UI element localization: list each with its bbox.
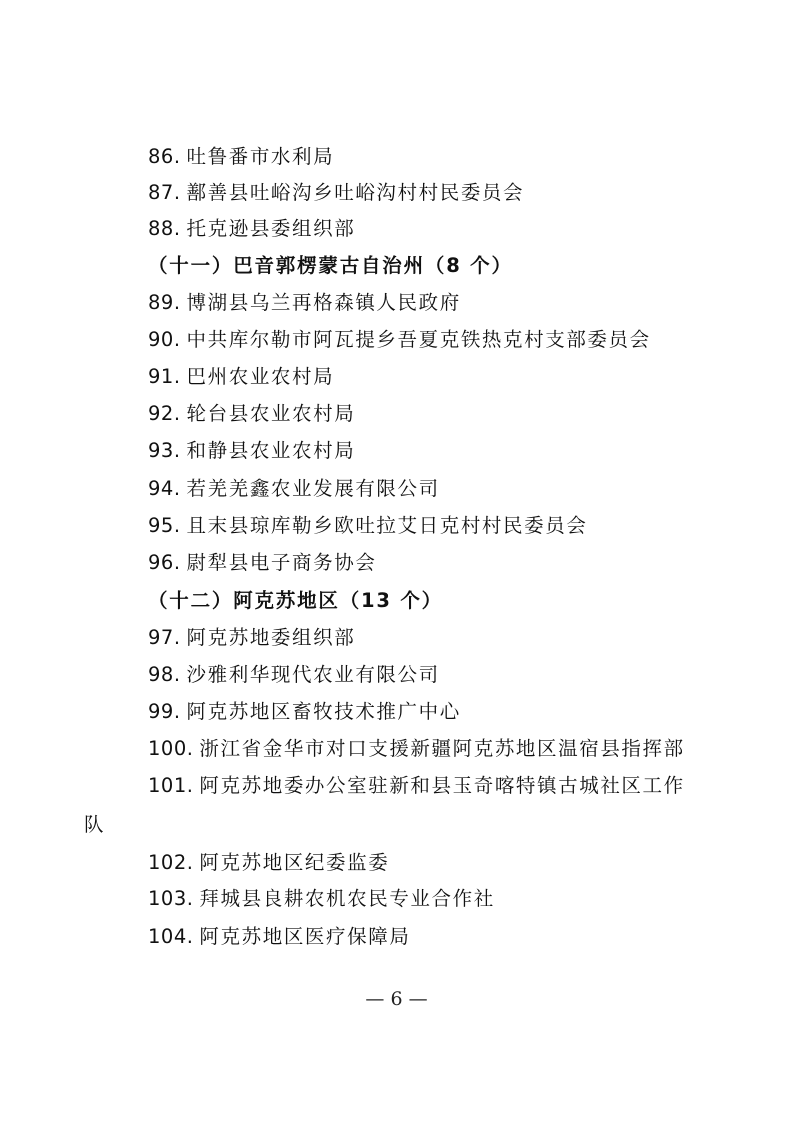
- list-item: 101.阿克苏地委办公室驻新和县玉奇喀特镇古城社区工作: [148, 774, 685, 798]
- list-item-continuation: 队: [84, 813, 105, 837]
- list-item-number: 98.: [148, 663, 181, 686]
- list-item-number: 89.: [148, 291, 181, 314]
- list-item-text: 博湖县乌兰再格森镇人民政府: [187, 291, 461, 314]
- list-item-text: 阿克苏地区纪委监委: [199, 851, 389, 874]
- list-item-text: 阿克苏地区医疗保障局: [199, 925, 410, 948]
- list-item-text: 轮台县农业农村局: [187, 402, 356, 425]
- list-item-text: 鄯善县吐峪沟乡吐峪沟村村民委员会: [187, 181, 525, 204]
- list-item-number: 87.: [148, 181, 181, 204]
- list-item-number: 97.: [148, 626, 181, 649]
- list-item-text: 若羌羌鑫农业发展有限公司: [187, 477, 440, 500]
- list-item-number: 91.: [148, 365, 181, 388]
- list-item-number: 101.: [148, 774, 193, 797]
- list-item: 104.阿克苏地区医疗保障局: [148, 925, 410, 949]
- list-item-number: 95.: [148, 514, 181, 537]
- document-page: 86.吐鲁番市水利局87.鄯善县吐峪沟乡吐峪沟村村民委员会88.托克逊县委组织部…: [0, 0, 793, 1121]
- list-item-number: 86.: [148, 145, 181, 168]
- list-item: 91.巴州农业农村局: [148, 365, 334, 389]
- list-item: 89.博湖县乌兰再格森镇人民政府: [148, 291, 461, 315]
- list-item: 90.中共库尔勒市阿瓦提乡吾夏克铁热克村支部委员会: [148, 328, 651, 352]
- list-item-text: 和静县农业农村局: [187, 439, 356, 462]
- list-item-text: 尉犁县电子商务协会: [187, 551, 377, 574]
- list-item-number: 100.: [148, 737, 193, 760]
- list-item-text: 吐鲁番市水利局: [187, 145, 335, 168]
- list-item: 95.且末县琼库勒乡欧吐拉艾日克村村民委员会: [148, 514, 587, 538]
- list-item-text: 拜城县良耕农机农民专业合作社: [199, 887, 494, 910]
- list-item-number: 104.: [148, 925, 193, 948]
- list-item: 86.吐鲁番市水利局: [148, 145, 334, 169]
- section-heading: （十一）巴音郭楞蒙古自治州（8 个）: [148, 254, 513, 278]
- list-item: 103.拜城县良耕农机农民专业合作社: [148, 887, 495, 911]
- list-item-number: 92.: [148, 402, 181, 425]
- list-item: 94.若羌羌鑫农业发展有限公司: [148, 477, 440, 501]
- section-heading: （十二）阿克苏地区（13 个）: [148, 589, 443, 613]
- list-item-text: 托克逊县委组织部: [187, 217, 356, 240]
- list-item: 97.阿克苏地委组织部: [148, 626, 355, 650]
- list-item-text: 阿克苏地区畜牧技术推广中心: [187, 700, 461, 723]
- list-item: 88.托克逊县委组织部: [148, 217, 355, 241]
- list-item-number: 94.: [148, 477, 181, 500]
- list-item-number: 96.: [148, 551, 181, 574]
- list-item: 96.尉犁县电子商务协会: [148, 551, 376, 575]
- list-item-number: 93.: [148, 439, 181, 462]
- list-item-text: 浙江省金华市对口支援新疆阿克苏地区温宿县指挥部: [199, 737, 684, 760]
- list-item-text: 阿克苏地委办公室驻新和县玉奇喀特镇古城社区工作: [199, 774, 684, 797]
- list-item-number: 99.: [148, 700, 181, 723]
- list-item-text: 且末县琼库勒乡欧吐拉艾日克村村民委员会: [187, 514, 588, 537]
- list-item: 99.阿克苏地区畜牧技术推广中心: [148, 700, 461, 724]
- page-number: — 6 —: [0, 988, 793, 1010]
- list-item-text: 中共库尔勒市阿瓦提乡吾夏克铁热克村支部委员会: [187, 328, 651, 351]
- list-item-number: 88.: [148, 217, 181, 240]
- list-item-text: 巴州农业农村局: [187, 365, 335, 388]
- list-item-number: 103.: [148, 887, 193, 910]
- list-item-number: 102.: [148, 851, 193, 874]
- list-item: 98.沙雅利华现代农业有限公司: [148, 663, 440, 687]
- list-item: 102.阿克苏地区纪委监委: [148, 851, 389, 875]
- list-item: 100.浙江省金华市对口支援新疆阿克苏地区温宿县指挥部: [148, 737, 685, 761]
- list-item: 93.和静县农业农村局: [148, 439, 355, 463]
- list-item-text: 阿克苏地委组织部: [187, 626, 356, 649]
- list-item: 92.轮台县农业农村局: [148, 402, 355, 426]
- list-item-text: 沙雅利华现代农业有限公司: [187, 663, 440, 686]
- list-item: 87.鄯善县吐峪沟乡吐峪沟村村民委员会: [148, 181, 524, 205]
- list-item-number: 90.: [148, 328, 181, 351]
